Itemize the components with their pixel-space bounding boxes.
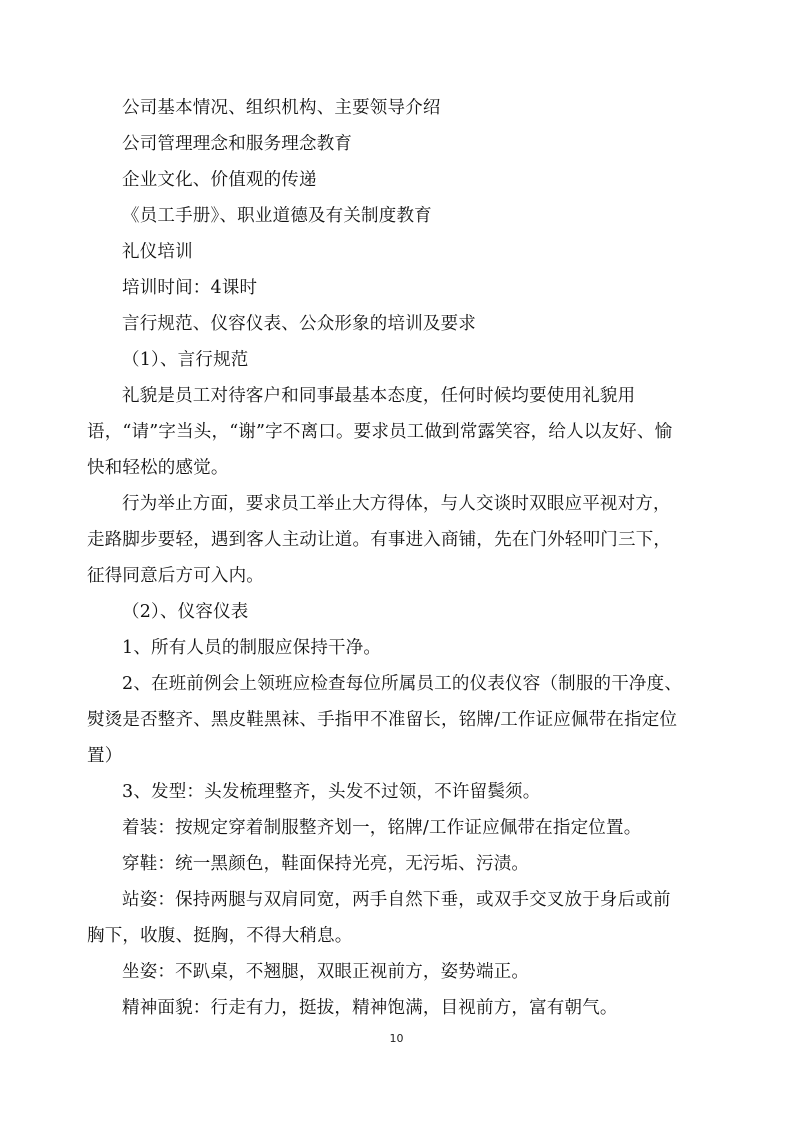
paragraph-corporate-culture: 企业文化、价值观的传递 xyxy=(87,162,687,198)
paragraph-attire: 着装：按规定穿着制服整齐划一，铭牌/工作证应佩带在指定位置。 xyxy=(87,810,687,846)
paragraph-management-philosophy: 公司管理理念和服务理念教育 xyxy=(87,126,687,162)
paragraph-demeanor: 精神面貌：行走有力，挺拔，精神饱满，目视前方，富有朝气。 xyxy=(87,990,687,1026)
paragraph-training-time: 培训时间：4课时 xyxy=(87,270,687,306)
paragraph-training-topics: 言行规范、仪容仪表、公众形象的培训及要求 xyxy=(87,306,687,342)
paragraph-sitting-posture: 坐姿：不趴桌，不翘腿，双眼正视前方，姿势端正。 xyxy=(87,954,687,990)
document-page: 公司基本情况、组织机构、主要领导介绍 公司管理理念和服务理念教育 企业文化、价值… xyxy=(0,0,793,1122)
page-number: 10 xyxy=(0,1032,793,1045)
paragraph-employee-handbook: 《员工手册》、职业道德及有关制度教育 xyxy=(87,198,687,234)
paragraph-standing-posture: 站姿：保持两腿与双肩同宽，两手自然下垂，或双手交叉放于身后或前胸下，收腹、挺胸，… xyxy=(87,882,687,954)
paragraph-politeness: 礼貌是员工对待客户和同事最基本态度，任何时候均要使用礼貌用语，“请”字当头，“谢… xyxy=(87,378,687,486)
paragraph-company-intro: 公司基本情况、组织机构、主要领导介绍 xyxy=(87,90,687,126)
list-item-pre-shift-check: 2、在班前例会上领班应检查每位所属员工的仪表仪容（制服的干净度、熨烫是否整齐、黑… xyxy=(87,666,687,774)
paragraph-shoes: 穿鞋：统一黑颜色，鞋面保持光亮，无污垢、污渍。 xyxy=(87,846,687,882)
heading-conduct-standards: （1）、言行规范 xyxy=(87,342,687,378)
list-item-hairstyle: 3、发型：头发梳理整齐，头发不过领，不许留鬓须。 xyxy=(87,774,687,810)
paragraph-behavior: 行为举止方面，要求员工举止大方得体，与人交谈时双眼应平视对方，走路脚步要轻，遇到… xyxy=(87,486,687,594)
heading-etiquette-training: 礼仪培训 xyxy=(87,234,687,270)
page-body: 公司基本情况、组织机构、主要领导介绍 公司管理理念和服务理念教育 企业文化、价值… xyxy=(87,90,687,1026)
list-item-uniform-clean: 1、所有人员的制服应保持干净。 xyxy=(87,630,687,666)
heading-appearance: （2）、仪容仪表 xyxy=(87,594,687,630)
